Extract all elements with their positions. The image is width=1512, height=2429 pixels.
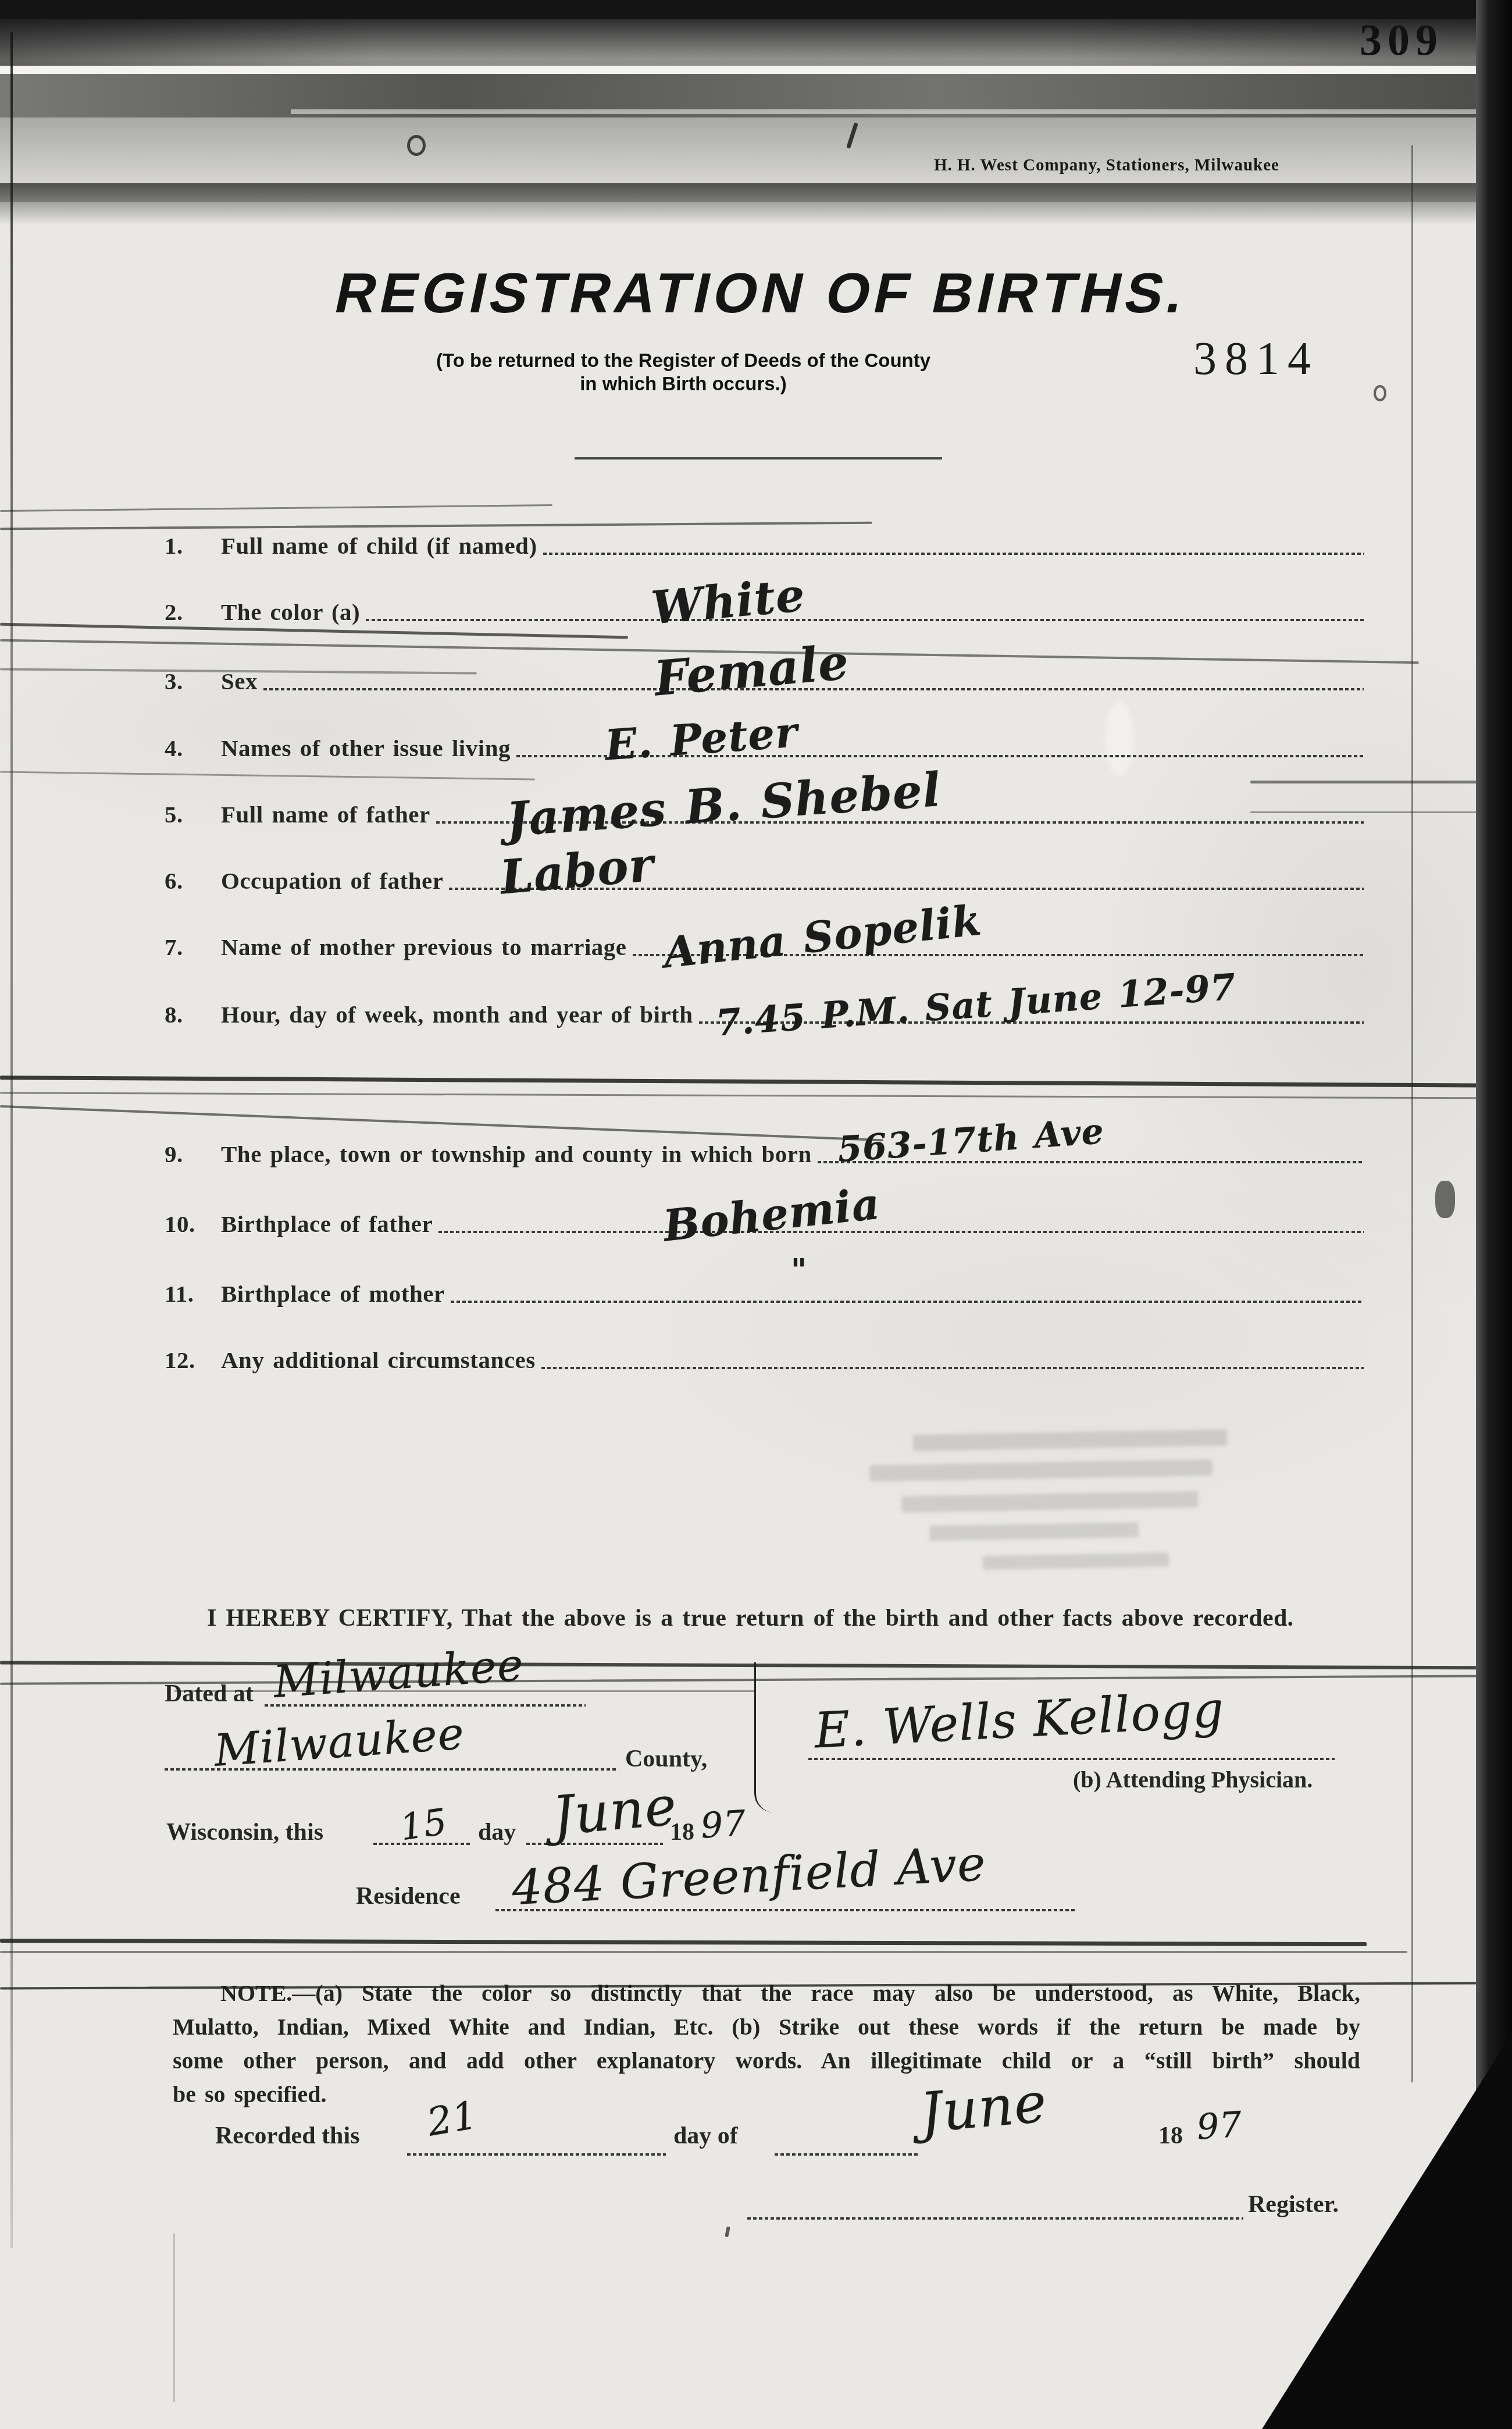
dotted-line: [543, 553, 1364, 555]
year-handwritten: 97: [700, 1803, 748, 1846]
form-field-birthplace: 9. The place, town or township and count…: [165, 1104, 1364, 1168]
scan-streak: [0, 1951, 1407, 1953]
dated-at-label: Dated at: [165, 1680, 254, 1708]
left-margin-scan-line: [10, 32, 13, 2248]
right-binding-dark-band: [1476, 0, 1512, 2429]
field-label: Name of mother previous to marriage: [221, 933, 633, 961]
footnote-paragraph: NOTE.—(a) State the color so distinctly …: [173, 1976, 1360, 2111]
dotted-line: [451, 1301, 1364, 1303]
recorded-year-handwritten: 97: [1196, 2104, 1244, 2147]
certification-statement: I HEREBY CERTIFY, That the above is a tr…: [207, 1604, 1293, 1632]
recorded-day-handwritten: 21: [424, 2092, 481, 2145]
form-field-additional-circumstances: 12. Any additional circumstances: [165, 1310, 1364, 1374]
stray-mark-blob: [1435, 1181, 1455, 1218]
bleed-through-text: [869, 1459, 1213, 1481]
form-field-father-birthplace: 10. Birthplace of father Bohemia: [165, 1174, 1364, 1238]
residence-handwritten: 484 Greenfield Ave: [511, 1836, 987, 1917]
form-field-mother-maiden-name: 7. Name of mother previous to marriage A…: [165, 897, 1364, 961]
dotted-line: [165, 1768, 618, 1771]
scan-band-edge: [0, 183, 1512, 202]
field-label: Sex: [221, 667, 263, 695]
handwritten-ditto-mark: ": [791, 1252, 807, 1288]
field-label: The place, town or township and county i…: [221, 1140, 818, 1168]
footnote-line-1: NOTE.—(a) State the color so distinctly …: [173, 1976, 1360, 2010]
bleed-through-text: [901, 1491, 1198, 1513]
state-line-label: Wisconsin, this: [166, 1818, 323, 1846]
stray-mark-tick: [725, 2227, 730, 2238]
field-label: Hour, day of week, month and year of bir…: [221, 1000, 699, 1028]
physician-signature: E. Wells Kellogg: [813, 1681, 1226, 1760]
form-field-birth-datetime: 8. Hour, day of week, month and year of …: [165, 964, 1364, 1028]
attending-physician-label: (b) Attending Physician.: [1073, 1766, 1313, 1793]
form-field-father-occupation: 6. Occupation of father Labor: [165, 831, 1364, 895]
register-label: Register.: [1248, 2191, 1339, 2218]
dotted-line: [541, 1367, 1364, 1369]
dotted-line: [265, 1704, 586, 1707]
field-number: 4.: [165, 734, 221, 762]
form-field-color: 2. The color (a) White: [165, 562, 1364, 626]
stray-mark-tick: [846, 122, 858, 149]
page-number: 309: [1360, 15, 1443, 66]
bleed-through-text: [929, 1522, 1139, 1541]
form-field-child-name: 1. Full name of child (if named): [165, 496, 1364, 560]
field-number: 1.: [165, 532, 221, 560]
footnote-line-4: be so specified.: [173, 2078, 1360, 2111]
year-printed: 18: [670, 1818, 694, 1846]
stray-mark-circle: [407, 135, 426, 156]
dotted-line: [775, 2153, 918, 2156]
residence-label: Residence: [356, 1882, 461, 1910]
scan-band-top-black: [0, 0, 1512, 19]
field-label: Birthplace of mother: [221, 1280, 451, 1308]
scan-band-light: [0, 117, 1512, 183]
bottom-left-fold-line: [173, 2234, 175, 2402]
day-handwritten: 15: [397, 1800, 450, 1849]
scan-band-gray: [0, 19, 1512, 66]
field-number: 6.: [165, 867, 221, 895]
form-field-father-name: 5. Full name of father James B. Shebel: [165, 764, 1364, 828]
field-label: Any additional circumstances: [221, 1346, 541, 1374]
subtitle-line-2: in which Birth occurs.): [375, 372, 992, 396]
field-label: The color (a): [221, 598, 366, 626]
header-divider-rule: [575, 457, 942, 460]
field-number: 10.: [165, 1210, 221, 1238]
field-number: 7.: [165, 933, 221, 961]
bleed-through-text: [913, 1429, 1227, 1451]
field-label: Full name of father: [221, 800, 436, 828]
day-of-label: day of: [673, 2122, 738, 2150]
scan-white-hairline: [291, 109, 1512, 114]
county-handwritten: Milwaukee: [212, 1707, 466, 1776]
field-number: 2.: [165, 598, 221, 626]
registration-number: 3814: [1193, 333, 1319, 386]
field-number: 8.: [165, 1000, 221, 1028]
form-field-other-issue: 4. Names of other issue living E. Peter: [165, 698, 1364, 762]
day-label: day: [478, 1818, 516, 1846]
scan-band-fade: [0, 202, 1512, 225]
scan-streak-heavy: [0, 1939, 1367, 1946]
field-label: Birthplace of father: [221, 1210, 438, 1238]
footnote-line-3: some other person, and add other explana…: [173, 2044, 1360, 2078]
document-subtitle: (To be returned to the Register of Deeds…: [375, 349, 992, 396]
form-field-mother-birthplace: 11. Birthplace of mother ": [165, 1244, 1364, 1308]
dotted-line: [747, 2217, 1243, 2220]
scan-streak-heavy: [0, 1075, 1512, 1088]
field-number: 5.: [165, 800, 221, 828]
bleed-through-text: [983, 1552, 1169, 1570]
recorded-month-handwritten: June: [918, 2071, 1050, 2146]
dotted-line: [808, 1758, 1335, 1760]
scan-band-gray-shade: [0, 19, 1512, 66]
scanned-birth-registration-document: 309 H. H. West Company, Stationers, Milw…: [0, 0, 1512, 2429]
recorded-this-label: Recorded this: [215, 2122, 359, 2150]
field-label: Full name of child (if named): [221, 532, 543, 560]
field-label: Names of other issue living: [221, 734, 516, 762]
subtitle-line-1: (To be returned to the Register of Deeds…: [375, 349, 992, 372]
stray-mark-small: [1374, 385, 1386, 401]
scan-white-gap-line: [0, 66, 1512, 74]
printer-credit: H. H. West Company, Stationers, Milwauke…: [934, 156, 1279, 175]
dotted-line: [407, 2153, 666, 2156]
brace-line: [754, 1662, 773, 1812]
right-margin-scan-line: [1411, 145, 1413, 2082]
field-number: 12.: [165, 1346, 221, 1374]
dated-at-handwritten: Milwaukee: [272, 1639, 525, 1708]
field-number: 11.: [165, 1280, 221, 1308]
field-label: Occupation of father: [221, 867, 449, 895]
scan-band-dark: [0, 74, 1512, 117]
document-title: REGISTRATION OF BIRTHS.: [278, 261, 1246, 326]
dotted-line: [438, 1231, 1364, 1233]
month-handwritten: June: [550, 1775, 679, 1847]
field-number: 9.: [165, 1140, 221, 1168]
field-number: 3.: [165, 667, 221, 695]
form-field-sex: 3. Sex Female: [165, 631, 1364, 695]
dotted-line: [366, 619, 1364, 621]
county-label: County,: [625, 1745, 707, 1773]
scan-streak-heavy: [0, 1661, 1512, 1669]
footnote-line-2: Mulatto, Indian, Mixed White and Indian,…: [173, 2010, 1360, 2044]
recorded-year-printed: 18: [1158, 2122, 1183, 2150]
scan-streak: [0, 1092, 1512, 1099]
